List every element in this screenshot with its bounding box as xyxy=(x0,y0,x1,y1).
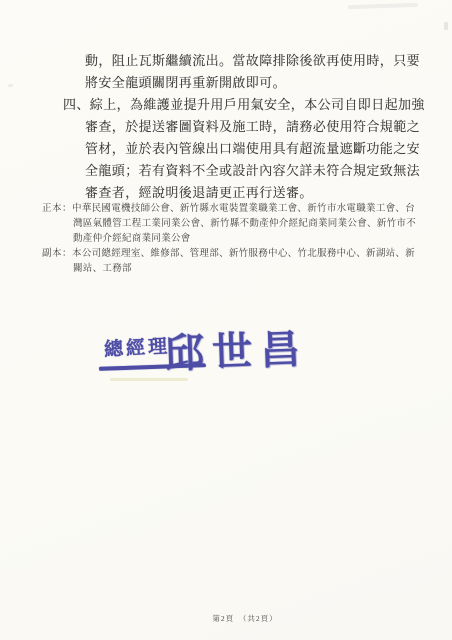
paragraph-line-item-four: 四、綜上，為維護並提升用戶用氣安全，本公司自即日起加強 xyxy=(63,94,428,116)
paragraph-line: 將安全龍頭關閉再重新開啟即可。 xyxy=(85,72,428,94)
paragraph-line: 審查者，經說明後退請更正再行送審。 xyxy=(85,182,428,204)
paragraph-line: 動，阻止瓦斯繼續流出。當故障排除後欲再使用時，只要 xyxy=(85,50,428,72)
scan-artifact-smudge xyxy=(348,3,418,9)
signature-name: 邱世昌 xyxy=(163,318,309,380)
copy-recipients-line: 副本：本公司總經理室、維修部、管理部、新竹服務中心、竹北服務中心、新湖站、新 xyxy=(42,247,427,262)
original-recipients-text: 中華民國電機技師公會、新竹縣水電裝置業職業工會、新竹市水電職業工會、台 xyxy=(72,204,415,214)
body-paragraph: 動，阻止瓦斯繼續流出。當故障排除後欲再使用時，只要 將安全龍頭關閉再重新開啟即可… xyxy=(63,50,428,204)
original-recipients-line: 動產仲介經紀商業同業公會 xyxy=(73,232,427,247)
original-recipients-line: 正本：中華民國電機技師公會、新竹縣水電裝置業職業工會、新竹市水電職業工會、台 xyxy=(42,202,427,217)
recipients-block: 正本：中華民國電機技師公會、新竹縣水電裝置業職業工會、新竹市水電職業工會、台 灣… xyxy=(42,202,427,277)
original-label: 正本： xyxy=(42,204,72,214)
paragraph-line: 全龍頭；若有資料不全或設計內容欠詳未符合規定致無法 xyxy=(85,160,428,182)
page-footer: 第2頁 （共2頁） xyxy=(0,608,452,626)
page-number-label: 第2頁 （共2頁） xyxy=(212,613,277,624)
scan-artifact-speck xyxy=(444,22,448,30)
paragraph-line: 管材，並於表內管線出口端使用具有超流量遮斷功能之安 xyxy=(85,138,428,160)
copy-recipients-text: 本公司總經理室、維修部、管理部、新竹服務中心、竹北服務中心、新湖站、新 xyxy=(72,249,415,259)
original-recipients-line: 灣區氣體管工程工業同業公會、新竹縣不動產仲介經紀商業同業公會、新竹市不 xyxy=(73,217,427,232)
scanned-document-page: 動，阻止瓦斯繼續流出。當故障排除後欲再使用時，只要 將安全龍頭關閉再重新開啟即可… xyxy=(0,0,452,640)
signature-stamp: 總經理 邱世昌 xyxy=(98,320,323,380)
copy-recipients-line: 關站、工務部 xyxy=(73,262,427,277)
copy-label: 副本： xyxy=(42,249,72,259)
paragraph-line: 審查，於提送審圖資料及施工時，請務必使用符合規範之 xyxy=(85,116,428,138)
signature-title: 總經理 xyxy=(103,331,170,361)
scan-artifact-speck xyxy=(8,84,13,87)
